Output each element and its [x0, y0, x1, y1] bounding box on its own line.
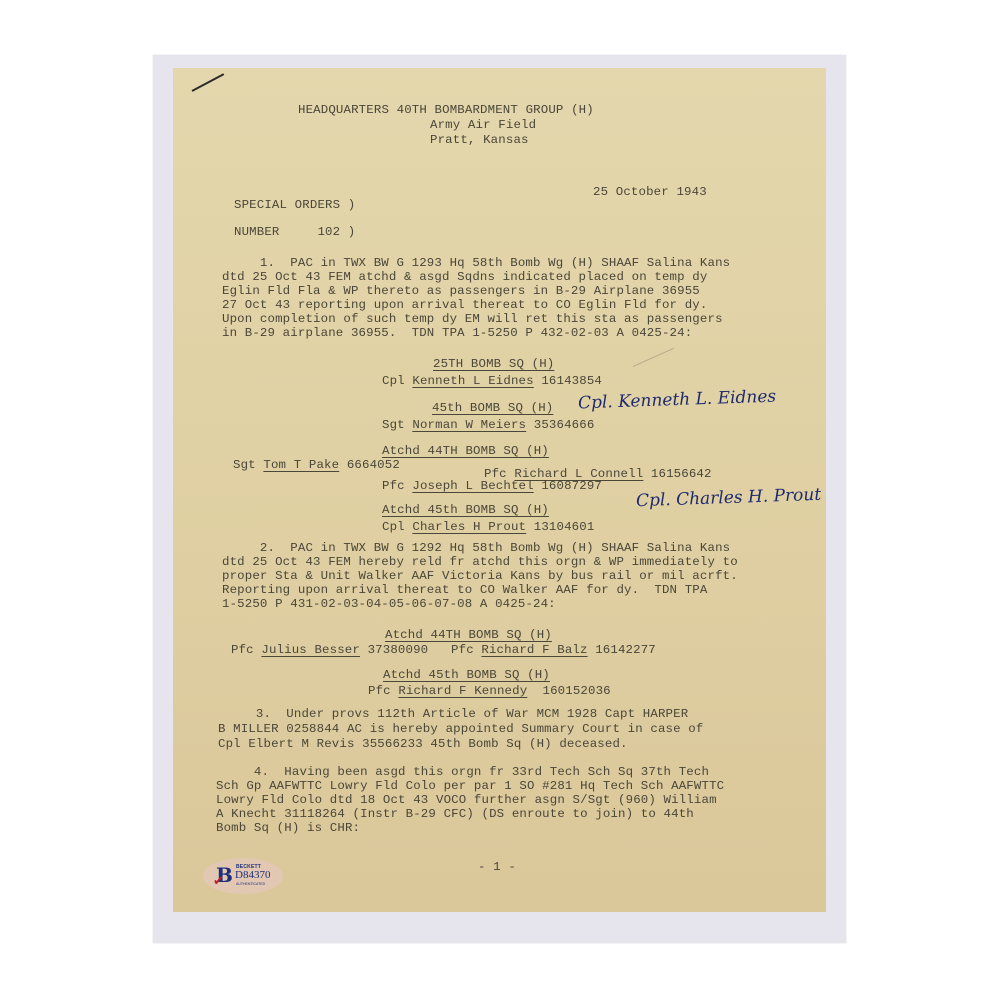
paragraph-line: dtd 25 Oct 43 FEM hereby reld fr atchd t…	[222, 555, 738, 570]
paragraph-line: in B-29 airplane 36955. TDN TPA 1-5250 P…	[222, 326, 692, 341]
paragraph-line: Sch Gp AAFWTTC Lowry Fld Colo per par 1 …	[216, 779, 724, 794]
paragraph-line: dtd 25 Oct 43 FEM atchd & asgd Sqdns ind…	[222, 270, 707, 285]
header-line-2: Army Air Field	[430, 118, 536, 133]
sticker-serial: D84370	[235, 869, 270, 881]
special-orders-label: SPECIAL ORDERS )	[234, 198, 355, 213]
unit-heading: 45th BOMB SQ (H)	[432, 401, 553, 416]
paragraph-line: Bomb Sq (H) is CHR:	[216, 821, 360, 836]
paragraph-line: 2. PAC in TWX BW G 1292 Hq 58th Bomb Wg …	[222, 541, 730, 556]
roster-entry: Cpl Charles H Prout 13104601	[382, 520, 594, 535]
roster-entry: Sgt Tom T Pake 6664052	[233, 458, 400, 473]
order-date: 25 October 1943	[593, 185, 707, 200]
header-line-1: HEADQUARTERS 40TH BOMBARDMENT GROUP (H)	[298, 103, 594, 118]
header-line-3: Pratt, Kansas	[430, 133, 529, 148]
paragraph-line: 27 Oct 43 reporting upon arrival thereat…	[222, 298, 707, 313]
authentication-sticker: B ✔ BECKETT D84370 AUTHENTICATED	[203, 858, 283, 894]
sticker-label: AUTHENTICATED	[236, 882, 265, 886]
paragraph-line: Reporting upon arrival thereat to CO Wal…	[222, 583, 707, 598]
roster-entry: Pfc Julius Besser 37380090 Pfc Richard F…	[231, 643, 656, 658]
page-number: - 1 -	[478, 860, 516, 875]
unit-heading: Atchd 45th BOMB SQ (H)	[382, 503, 549, 518]
unit-heading: 25TH BOMB SQ (H)	[433, 357, 554, 372]
paragraph-line: 1-5250 P 431-02-03-04-05-06-07-08 A 0425…	[222, 597, 556, 612]
roster-entry: Pfc Joseph L Bechtel 16087297	[382, 479, 602, 494]
paragraph-line: B MILLER 0258844 AC is hereby appointed …	[218, 722, 703, 737]
paragraph-line: 3. Under provs 112th Article of War MCM …	[218, 707, 688, 722]
checkmark-icon: ✔	[213, 874, 224, 889]
paragraph-line: Eglin Fld Fla & WP thereto as passengers…	[222, 284, 700, 299]
paragraph-line: Cpl Elbert M Revis 35566233 45th Bomb Sq…	[218, 737, 628, 752]
roster-entry: Cpl Kenneth L Eidnes 16143854	[382, 374, 602, 389]
roster-entry: Sgt Norman W Meiers 35364666	[382, 418, 594, 433]
paragraph-line: proper Sta & Unit Walker AAF Victoria Ka…	[222, 569, 738, 584]
unit-heading: Atchd 45th BOMB SQ (H)	[383, 668, 550, 683]
paragraph-line: 4. Having been asgd this orgn fr 33rd Te…	[216, 765, 709, 780]
roster-entry: Pfc Richard F Kennedy 160152036	[368, 684, 611, 699]
paragraph-line: Upon completion of such temp dy EM will …	[222, 312, 723, 327]
unit-heading: Atchd 44TH BOMB SQ (H)	[385, 628, 552, 643]
paragraph-line: Lowry Fld Colo dtd 18 Oct 43 VOCO furthe…	[216, 793, 717, 808]
paragraph-line: A Knecht 31118264 (Instr B-29 CFC) (DS e…	[216, 807, 694, 822]
paragraph-line: 1. PAC in TWX BW G 1293 Hq 58th Bomb Wg …	[222, 256, 730, 271]
order-number: NUMBER 102 )	[234, 225, 355, 240]
unit-heading: Atchd 44TH BOMB SQ (H)	[382, 444, 549, 459]
